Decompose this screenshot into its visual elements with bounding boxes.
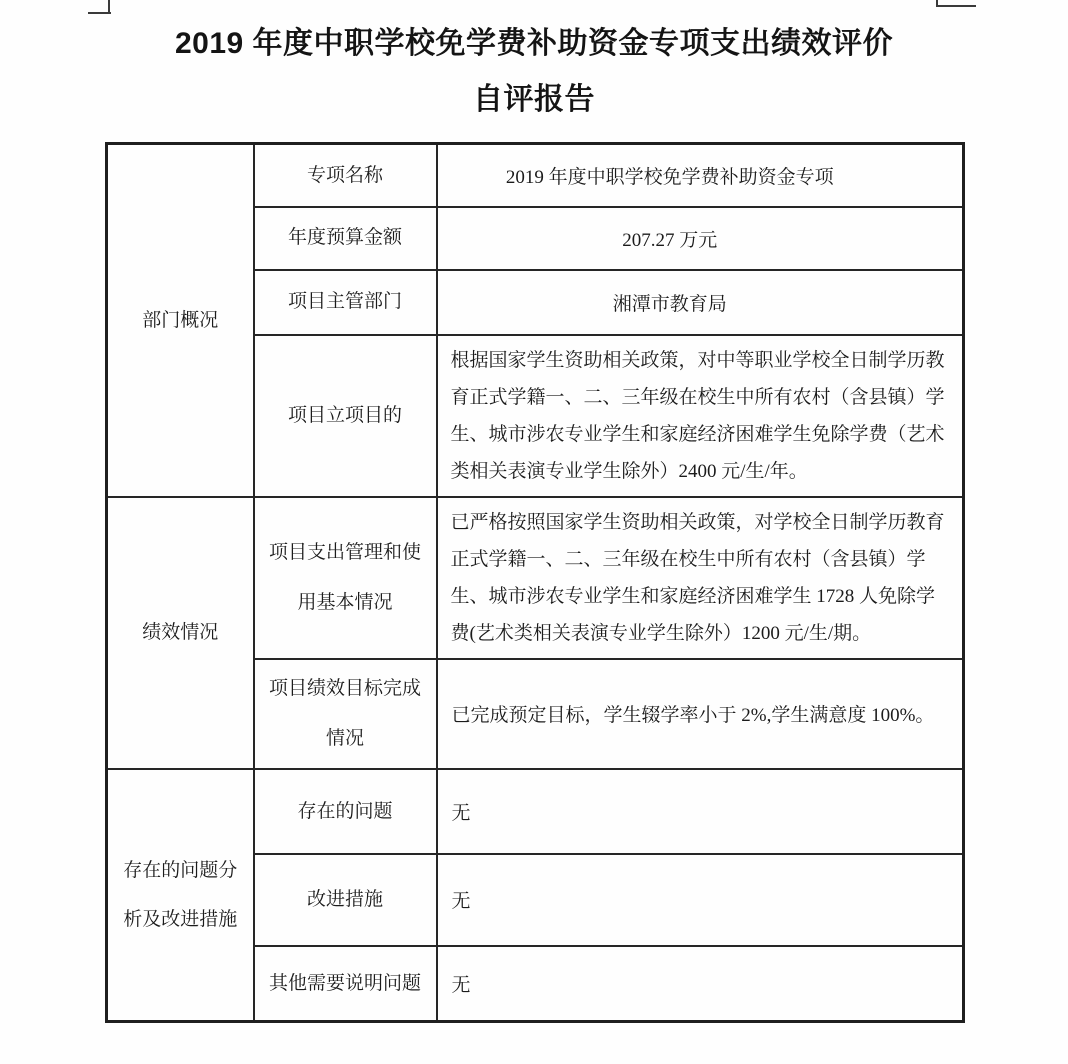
row-label-existing-problems: 存在的问题 [254,769,437,854]
section-header-department-overview: 部门概况 [107,144,254,497]
row-value-existing-problems: 无 [437,769,964,854]
row-label-annual-budget: 年度预算金额 [254,207,437,270]
scan-artifact-top-right [936,5,976,7]
scan-artifact-top-right-tick [936,0,938,7]
scanned-report-page: { "page": { "title_line1": "2019 年度中职学校免… [0,0,1068,1064]
row-value-goal-completion: 已完成预定目标，学生辍学率小于 2%,学生满意度 100%。 [437,659,964,769]
row-label-improvement-measures: 改进措施 [254,854,437,946]
row-label-project-name: 专项名称 [254,144,437,207]
section-header-problems-and-improvements: 存在的问题分析及改进措施 [107,769,254,1022]
row-label-supervising-department: 项目主管部门 [254,270,437,335]
document-title-line-2: 自评报告 [0,72,1068,128]
scan-artifact-top-left-tick [108,0,110,14]
row-value-project-purpose: 根据国家学生资助相关政策，对中等职业学校全日制学历教育正式学籍一、二、三年级在校… [437,335,964,497]
document-title: 2019 年度中职学校免学费补助资金专项支出绩效评价 自评报告 [0,16,1068,127]
row-label-other-notes: 其他需要说明问题 [254,946,437,1022]
report-table: 部门概况 专项名称 2019 年度中职学校免学费补助资金专项 年度预算金额 20… [105,142,965,1023]
row-label-expenditure-management: 项目支出管理和使用基本情况 [254,497,437,659]
row-value-other-notes: 无 [437,946,964,1022]
row-value-supervising-department: 湘潭市教育局 [437,270,964,335]
table-row: 部门概况 专项名称 2019 年度中职学校免学费补助资金专项 [107,144,964,207]
row-label-project-purpose: 项目立项目的 [254,335,437,497]
row-value-project-name: 2019 年度中职学校免学费补助资金专项 [437,144,964,207]
row-value-expenditure-management: 已严格按照国家学生资助相关政策，对学校全日制学历教育正式学籍一、二、三年级在校生… [437,497,964,659]
table-row: 绩效情况 项目支出管理和使用基本情况 已严格按照国家学生资助相关政策，对学校全日… [107,497,964,659]
table-row: 存在的问题分析及改进措施 存在的问题 无 [107,769,964,854]
section-header-performance: 绩效情况 [107,497,254,769]
row-value-annual-budget: 207.27 万元 [437,207,964,270]
row-label-goal-completion: 项目绩效目标完成情况 [254,659,437,769]
row-value-improvement-measures: 无 [437,854,964,946]
document-title-line-1: 2019 年度中职学校免学费补助资金专项支出绩效评价 [0,16,1068,72]
